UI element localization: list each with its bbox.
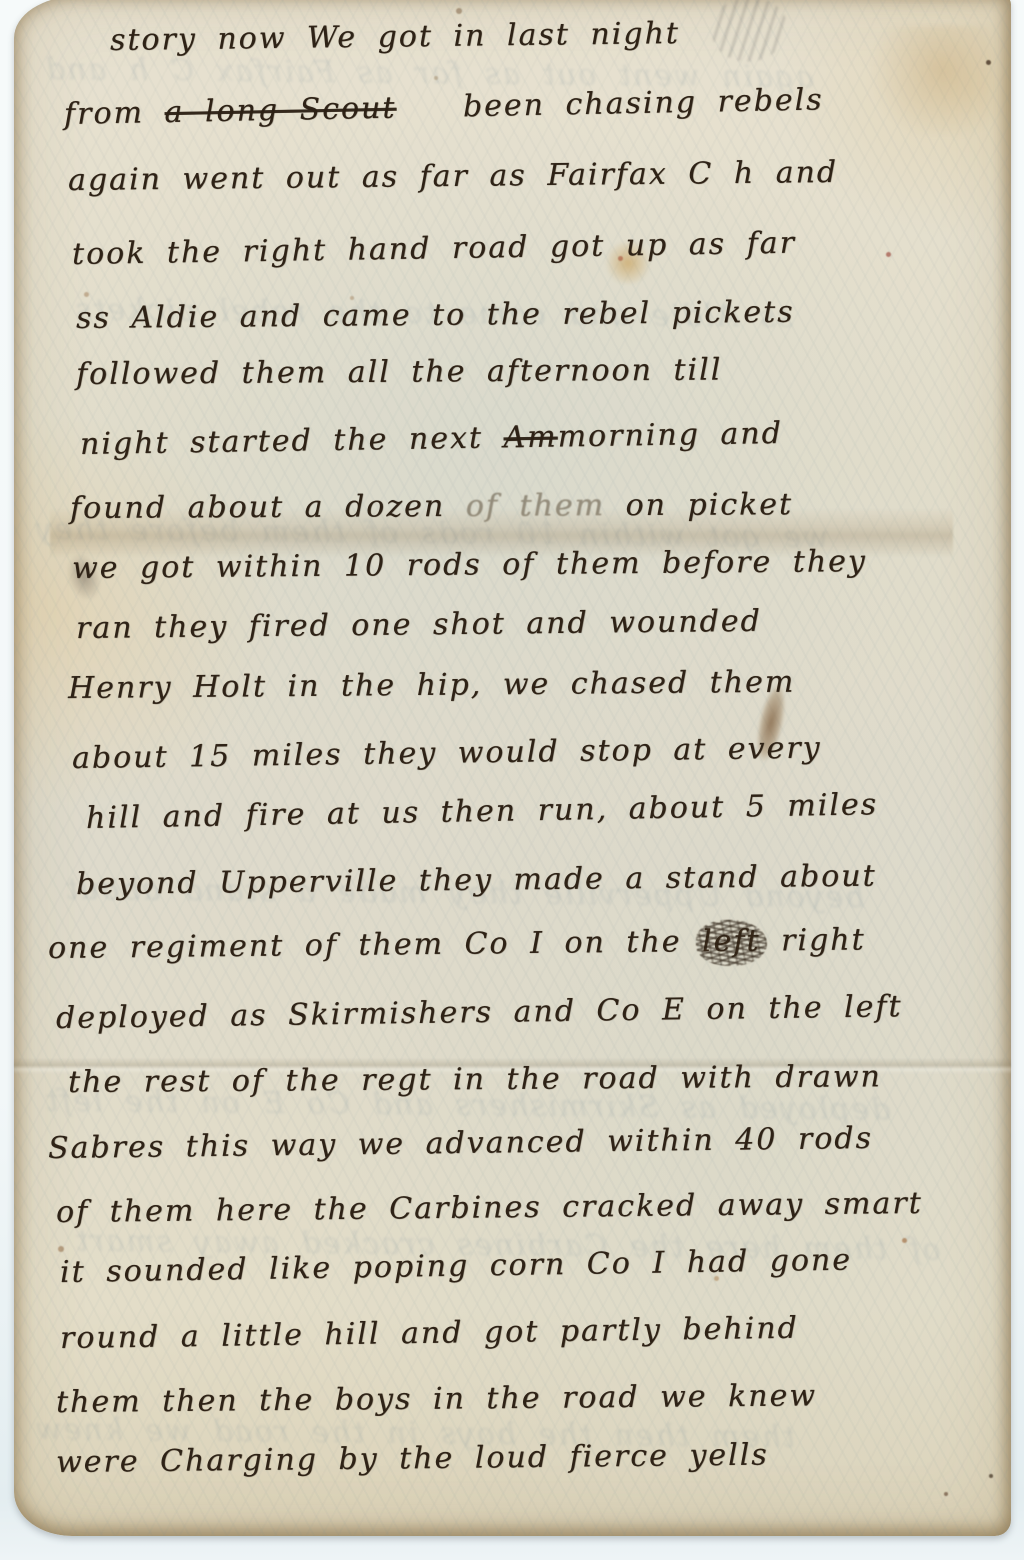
letter-photo: again went out as far as Fairfax C h and…	[0, 0, 1024, 1560]
letter-text-segment: it sounded like poping corn Co I had gon…	[60, 1243, 853, 1290]
letter-text-segment: beyond Upperville they made a stand abou…	[76, 859, 877, 902]
letter-line: round a little hill and got partly behin…	[60, 1314, 799, 1354]
letter-line: from a long Scout been chasing rebels	[64, 85, 824, 130]
letter-line: Sabres this way we advanced within 40 ro…	[48, 1124, 873, 1164]
letter-line: one regiment of them Co I on the left ri…	[48, 925, 866, 964]
letter-text-segment: ss Aldie and came to the rebel pickets	[76, 295, 795, 336]
letter-text-segment: Sabres this way we advanced within 40 ro…	[48, 1121, 873, 1166]
letter-text-segment: deployed as Skirmishers and Co E on the …	[56, 989, 903, 1036]
letter-text-segment: ran they fired one shot and wounded	[76, 604, 762, 646]
letter-text-segment: about 15 miles they would stop at every	[72, 731, 822, 776]
letter-text-segment: from	[64, 95, 165, 132]
letter-text-segment: story now We got in last night	[110, 16, 680, 58]
letter-line: story now We got in last night	[110, 19, 680, 56]
letter-text-segment: one regiment of them Co I on the	[48, 924, 702, 966]
letter-line: beyond Upperville they made a stand abou…	[76, 862, 877, 900]
letter-text-segment: them then the boys in the road we knew	[56, 1378, 817, 1420]
letter-line: again went out as far as Fairfax C h and	[68, 158, 838, 196]
letter-line: the rest of the regt in the road with dr…	[68, 1062, 882, 1098]
letter-text-segment: round a little hill and got partly behin…	[60, 1311, 799, 1356]
paper-sheet: again went out as far as Fairfax C h and…	[14, 0, 1011, 1536]
strikethrough-text: Am	[503, 419, 558, 455]
faded-text: of them	[466, 488, 605, 524]
letter-text-segment: night started the next	[80, 420, 504, 462]
letter-line: found about a dozen of them on picket	[70, 490, 793, 524]
letter-line: took the right hand road got up as far	[72, 229, 796, 270]
scribbled-out-text: left	[702, 927, 761, 958]
letter-text-segment: the rest of the regt in the road with dr…	[68, 1059, 882, 1100]
letter-line: followed them all the afternoon till	[76, 355, 722, 390]
strikethrough-text: a long Scout	[164, 90, 443, 130]
letter-text-segment: on picket	[605, 487, 793, 523]
letter-line: them then the boys in the road we knew	[56, 1381, 817, 1418]
letter-line: of them here the Carbines cracked away s…	[56, 1189, 923, 1228]
letter-line: hill and fire at us then run, about 5 mi…	[86, 790, 879, 834]
letter-text-segment: found about a dozen	[70, 489, 466, 526]
letter-line: we got within 10 rods of them before the…	[72, 547, 867, 584]
letter-text-segment: again went out as far as Fairfax C h and	[68, 155, 838, 198]
letter-text-segment: right	[760, 922, 865, 958]
letter-line: night started the next Ammorning and	[80, 419, 783, 460]
letter-line: ran they fired one shot and wounded	[76, 607, 762, 644]
letter-line: about 15 miles they would stop at every	[72, 734, 822, 774]
letter-line: it sounded like poping corn Co I had gon…	[60, 1246, 852, 1288]
letter-line: ss Aldie and came to the rebel pickets	[76, 298, 795, 334]
letter-line: Henry Holt in the hip, we chased them	[68, 668, 795, 704]
letter-text-segment: hill and fire at us then run, about 5 mi…	[86, 787, 879, 836]
letter-text-segment: been chasing rebels	[442, 82, 824, 124]
letter-text-segment: took the right hand road got up as far	[72, 226, 796, 272]
letter-text-segment: Henry Holt in the hip, we chased them	[68, 665, 796, 706]
letter-line: deployed as Skirmishers and Co E on the …	[56, 992, 903, 1034]
letter-text-segment: were Charging by the loud fierce yells	[56, 1438, 769, 1480]
letter-line: were Charging by the loud fierce yells	[56, 1441, 769, 1478]
letter-text-segment: we got within 10 rods of them before the…	[72, 544, 867, 586]
letter-text-segment: morning and	[557, 416, 783, 455]
letter-text-segment: of them here the Carbines cracked away s…	[56, 1186, 923, 1230]
letter-text: story now We got in last nightfrom a lon…	[14, 0, 1011, 1536]
letter-text-segment: followed them all the afternoon till	[76, 352, 722, 392]
